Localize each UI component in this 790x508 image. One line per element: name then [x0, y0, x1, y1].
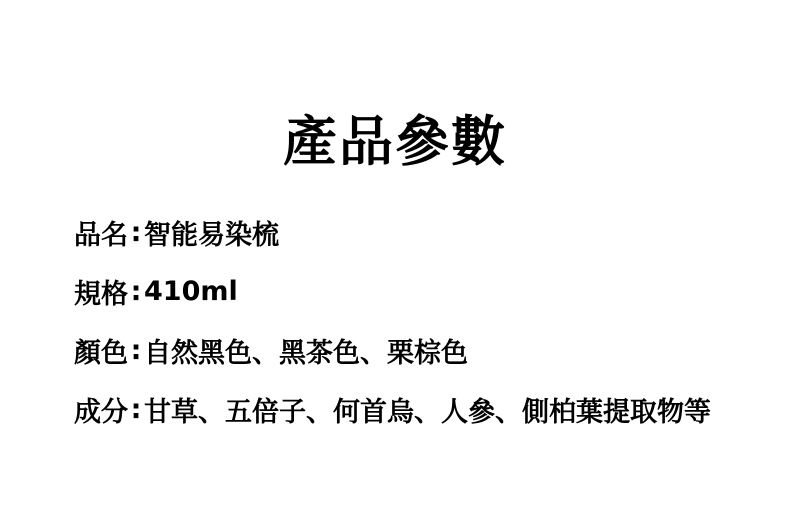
spec-label: 成分 — [74, 390, 128, 429]
spec-label: 顏色 — [74, 331, 128, 370]
spec-separator: : — [128, 335, 144, 366]
spec-list: 品名 : 智能易染梳 規格 : 410ml 顏色 : 自然黑色、黑茶色、栗棕色 … — [74, 214, 711, 450]
spec-separator: : — [128, 217, 144, 248]
spec-row-volume: 規格 : 410ml — [74, 273, 711, 309]
spec-value: 甘草、五倍子、何首烏、人參、側柏葉提取物等 — [144, 390, 711, 429]
spec-value: 智能易染梳 — [144, 213, 279, 252]
spec-row-colors: 顏色 : 自然黑色、黑茶色、栗棕色 — [74, 332, 711, 368]
spec-separator: : — [128, 276, 144, 307]
spec-value: 自然黑色、黑茶色、栗棕色 — [144, 331, 468, 370]
spec-value: 410ml — [144, 276, 238, 307]
page-title: 產品參數 — [0, 110, 790, 174]
spec-separator: : — [128, 394, 144, 425]
spec-row-ingredients: 成分 : 甘草、五倍子、何首烏、人參、側柏葉提取物等 — [74, 391, 711, 427]
spec-label: 品名 — [74, 213, 128, 252]
spec-label: 規格 — [74, 272, 128, 311]
spec-row-product-name: 品名 : 智能易染梳 — [74, 214, 711, 250]
